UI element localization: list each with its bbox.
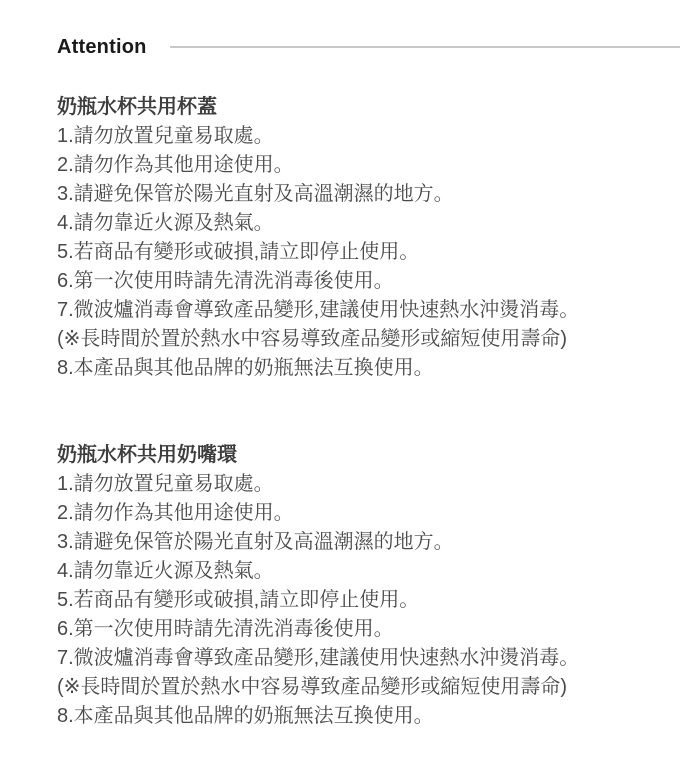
- notice-line: 3.請避免保管於陽光直射及高溫潮濕的地方。: [57, 180, 680, 209]
- header-divider-line: [170, 46, 680, 48]
- notice-line: 8.本產品與其他品牌的奶瓶無法互換使用。: [57, 354, 680, 383]
- notice-line: 3.請避免保管於陽光直射及高溫潮濕的地方。: [57, 528, 680, 557]
- notice-line: 2.請勿作為其他用途使用。: [57, 151, 680, 180]
- notice-line: 2.請勿作為其他用途使用。: [57, 499, 680, 528]
- section-title: 奶瓶水杯共用杯蓋: [57, 93, 680, 122]
- notice-line: 4.請勿靠近火源及熱氣。: [57, 557, 680, 586]
- notice-line: 7.微波爐消毒會導致產品變形,建議使用快速熱水沖燙消毒。: [57, 644, 680, 673]
- notice-line: 6.第一次使用時請先清洗消毒後使用。: [57, 267, 680, 296]
- notice-line: 6.第一次使用時請先清洗消毒後使用。: [57, 615, 680, 644]
- attention-page: Attention 奶瓶水杯共用杯蓋1.請勿放置兒童易取處。2.請勿作為其他用途…: [0, 0, 680, 778]
- page-title: Attention: [57, 36, 147, 58]
- attention-header: Attention: [57, 36, 680, 58]
- notice-line: 7.微波爐消毒會導致產品變形,建議使用快速熱水沖燙消毒。: [57, 296, 680, 325]
- notice-line: 5.若商品有變形或破損,請立即停止使用。: [57, 586, 680, 615]
- notice-section: 奶瓶水杯共用奶嘴環1.請勿放置兒童易取處。2.請勿作為其他用途使用。3.請避免保…: [57, 441, 680, 731]
- notice-line: 1.請勿放置兒童易取處。: [57, 470, 680, 499]
- notice-line: 1.請勿放置兒童易取處。: [57, 122, 680, 151]
- notice-line: (※長時間於置於熱水中容易導致產品變形或縮短使用壽命): [57, 325, 680, 354]
- sections-container: 奶瓶水杯共用杯蓋1.請勿放置兒童易取處。2.請勿作為其他用途使用。3.請避免保管…: [57, 93, 680, 731]
- section-title: 奶瓶水杯共用奶嘴環: [57, 441, 680, 470]
- notice-line: 4.請勿靠近火源及熱氣。: [57, 209, 680, 238]
- notice-line: 5.若商品有變形或破損,請立即停止使用。: [57, 238, 680, 267]
- notice-line: (※長時間於置於熱水中容易導致產品變形或縮短使用壽命): [57, 673, 680, 702]
- notice-section: 奶瓶水杯共用杯蓋1.請勿放置兒童易取處。2.請勿作為其他用途使用。3.請避免保管…: [57, 93, 680, 383]
- notice-line: 8.本產品與其他品牌的奶瓶無法互換使用。: [57, 702, 680, 731]
